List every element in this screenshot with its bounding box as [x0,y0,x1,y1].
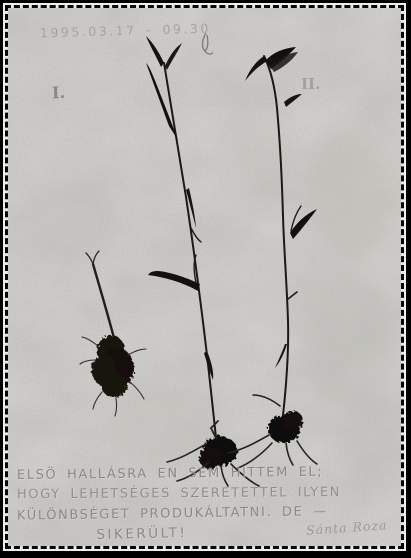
plant-ii-label: II. [301,75,321,93]
plant-i-label: I. [52,83,66,103]
caption-line-4: SIKERÜLT! [17,521,267,546]
scanned-photo-frame: 1995.03.17 - 09.30 I. II. ELSÖ HALLÁSRA … [0,0,411,558]
